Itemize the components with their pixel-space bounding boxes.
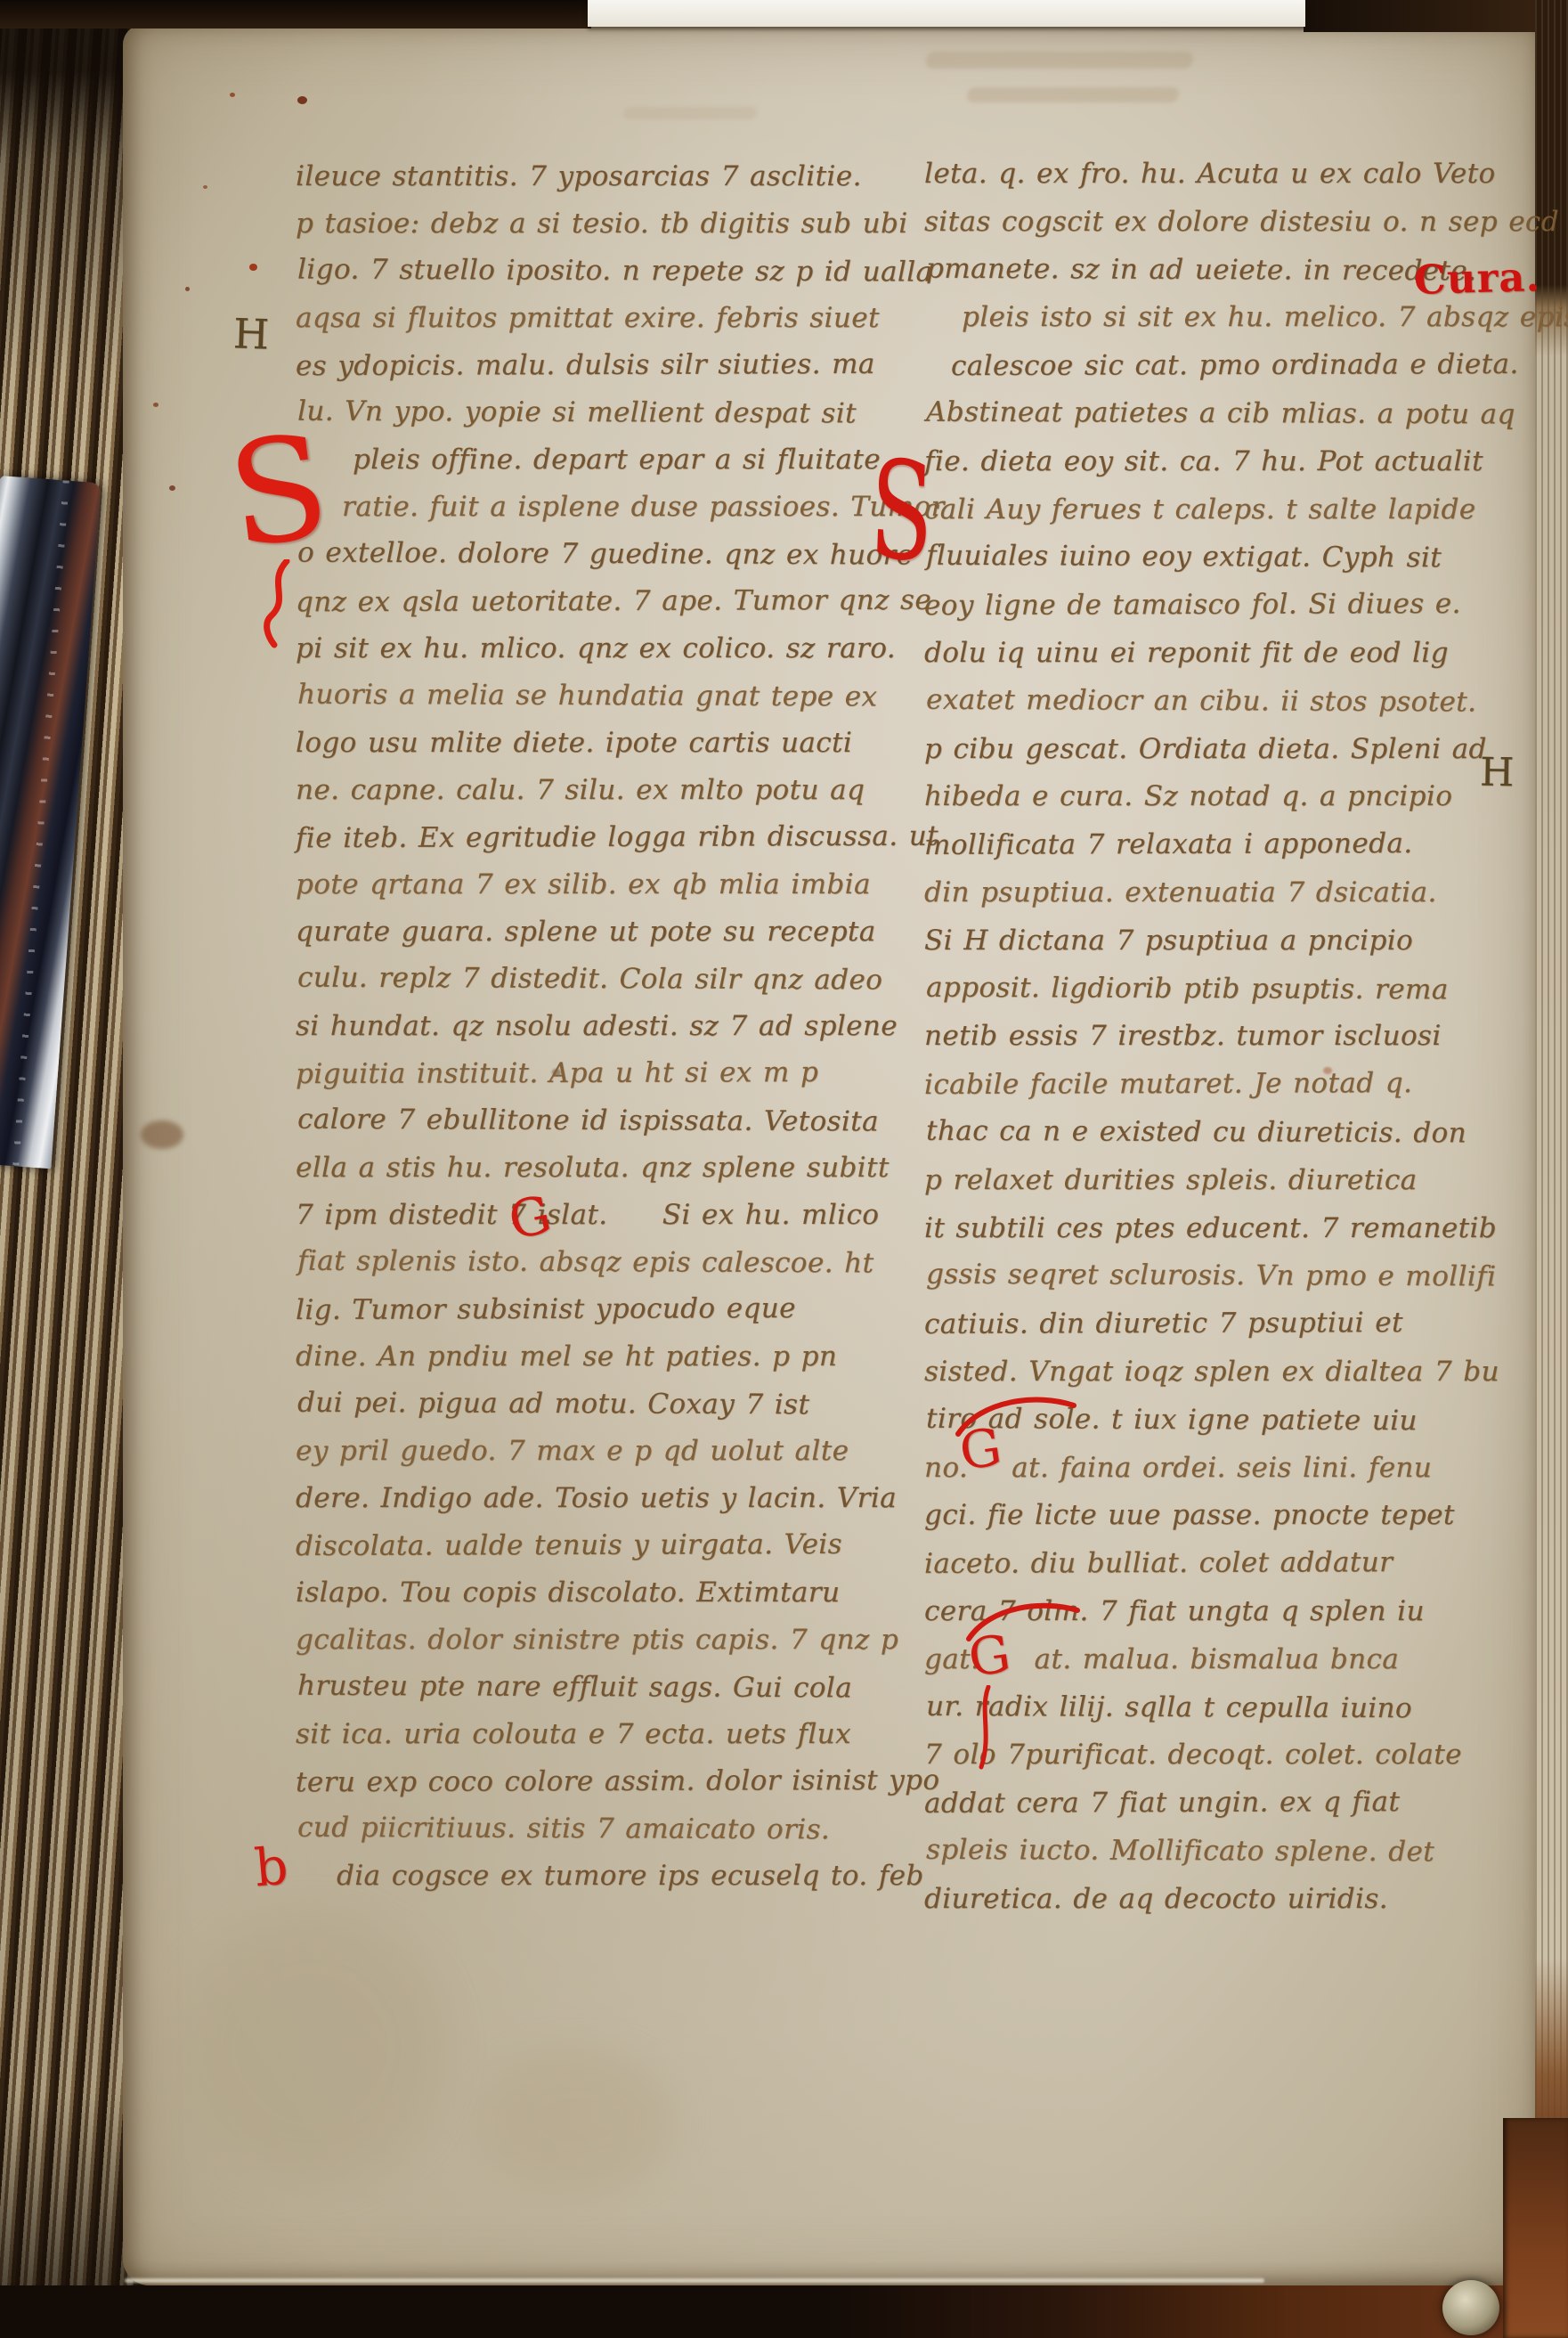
paraph-tail <box>976 1685 997 1771</box>
manuscript-photo: ileuce stantitis. 7 yposarcias 7 ascliti… <box>0 0 1568 2338</box>
text-line: lu. Vn ypo. yopie si mellient despat sit <box>297 398 857 428</box>
text-line: fluuiales iuino eoy extigat. Cyph sit <box>926 542 1442 573</box>
metal-boss <box>1442 2280 1499 2335</box>
text-line: gssis seqret sclurosis. Vn pmo e mollifi <box>926 1261 1496 1291</box>
ink-stain <box>230 93 235 97</box>
text-line: exatet mediocr an cibu. ii stos psotet. <box>926 686 1476 716</box>
text-line: piguitia instituit. Apa u ht si ex m p <box>296 1059 818 1088</box>
text-line: addat cera 7 fiat ungin. ex q fiat <box>924 1788 1400 1818</box>
text-line: fiat splenis isto. absqz epis calescoe. … <box>297 1248 874 1278</box>
text-line: islapo. Tou copis discolato. Extimtaru <box>296 1579 840 1607</box>
text-line: gci. fie licte uue passe. pnocte tepet <box>924 1502 1455 1529</box>
text-line: lig. Tumor subsinist ypocudo eque <box>296 1295 796 1324</box>
paraph-swash <box>965 1596 1081 1644</box>
text-line: pleis isto si sit ex hu. melico. 7 absqz… <box>962 304 1568 331</box>
initial-flourish <box>258 559 297 648</box>
text-line: Si H dictana 7 psuptiua a pncipio <box>924 927 1413 955</box>
leather-binding-corner <box>1503 2118 1568 2338</box>
text-line: hibeda e cura. Sz notad q. a pncipio <box>924 783 1452 811</box>
text-line: dine. An pndiu mel se ht paties. p pn <box>296 1343 837 1371</box>
text-line: catiuis. din diuretic 7 psuptiui et <box>924 1309 1403 1339</box>
text-line: Abstineat patietes a cib mlias. a potu a… <box>926 399 1515 429</box>
text-line: p cibu gescat. Ordiata dieta. Spleni ad <box>924 736 1487 763</box>
paraph-swash <box>955 1389 1079 1439</box>
text-line: pleis offine. depart epar a si fluitate <box>353 446 881 474</box>
text-line: ur. radix lilij. sqlla t cepulla iuino <box>926 1692 1412 1722</box>
text-line: din psuptiua. extenuatia 7 dsicatia. <box>924 879 1437 907</box>
text-line: thac ca n e existed cu diureticis. don <box>926 1118 1466 1148</box>
ink-stain <box>185 287 190 291</box>
text-line: ligo. 7 stuello iposito. n repete sz p i… <box>297 256 933 286</box>
text-line: spleis iucto. Mollificato splene. det <box>926 1837 1434 1866</box>
ink-stain <box>203 185 207 189</box>
text-line: qnz ex qsla uetoritate. 7 ape. Tumor qnz… <box>296 587 931 616</box>
text-line: gcalitas. dolor sinistre ptis capis. 7 q… <box>296 1626 898 1654</box>
text-line: dolu iq uinu ei reponit fit de eod lig <box>924 639 1449 667</box>
text-line: apposit. ligdiorib ptib psuptis. rema <box>926 973 1449 1004</box>
margin-letter-h-left: H <box>232 313 270 354</box>
text-line: fie. dieta eoy sit. ca. 7 hu. Pot actual… <box>924 448 1483 476</box>
text-line: si hundat. qz nsolu adesti. sz 7 ad sple… <box>296 1013 898 1040</box>
text-line: eoy ligne de tamaisco fol. Si diues e. <box>924 591 1461 620</box>
text-line: 7 olo 7purificat. decoqt. colet. colate <box>924 1741 1462 1769</box>
page-stack-right <box>1535 0 1568 2338</box>
text-line: calore 7 ebullitone id ispissata. Vetosi… <box>297 1106 879 1136</box>
text-line: discolata. ualde tenuis y uirgata. Veis <box>296 1531 842 1560</box>
text-line: it subtili ces ptes educent. 7 remanetib <box>924 1215 1497 1242</box>
page-edge-highlight <box>125 2278 1264 2283</box>
text-line: hrusteu pte nare effluit sags. Gui cola <box>297 1673 852 1703</box>
parchment-discoloration <box>178 1915 445 2182</box>
bleedthrough-text <box>966 87 1180 102</box>
ink-stain <box>169 485 175 491</box>
text-line: dia cogsce ex tumore ips ecuselq to. feb <box>337 1862 924 1890</box>
text-line: iaceto. diu bulliat. colet addatur <box>924 1549 1393 1578</box>
text-line: dere. Indigo ade. Tosio uetis y lacin. V… <box>296 1485 897 1512</box>
text-line: diuretica. de aq decocto uiridis. <box>924 1886 1388 1913</box>
binding-shadow-top <box>0 0 591 29</box>
text-line: qurate guara. splene ut pote su recepta <box>296 918 876 946</box>
margin-letter-h-right: H <box>1480 754 1515 794</box>
parchment-discoloration <box>481 2049 677 2191</box>
text-line: mollificata 7 relaxata i apponeda. <box>924 830 1413 859</box>
page-stack-left <box>0 0 134 2338</box>
text-line: o extelloe. dolore 7 guedine. qnz ex huo… <box>297 540 914 570</box>
text-line: logo usu mlite diete. ipote cartis uacti <box>296 729 852 757</box>
text-line: netib essis 7 irestbz. tumor iscluosi <box>924 1022 1442 1050</box>
text-line: sitas cogscit ex dolore distesiu o. n se… <box>924 208 1559 236</box>
text-line: calescoe sic cat. pmo ordinada e dieta. <box>951 351 1519 380</box>
text-line: huoris a melia se hundatia gnat tepe ex <box>297 681 877 712</box>
cura-heading: Cura. <box>1413 253 1540 304</box>
text-line: 7 ipm distedit 7 islat. Si ex hu. mlico <box>296 1202 879 1229</box>
text-line: pote qrtana 7 ex silib. ex qb mlia imbia <box>296 871 871 899</box>
red-initial-b: b <box>252 1836 290 1899</box>
text-line: pmanete. sz in ad ueiete. in recedete. <box>926 255 1476 285</box>
text-line: p tasioe: debz a si tesio. tb digitis su… <box>296 210 908 238</box>
ink-stain <box>297 96 307 104</box>
text-line: ella a stis hu. resoluta. qnz splene sub… <box>296 1154 890 1182</box>
text-line: fie iteb. Ex egritudie logga ribn discus… <box>296 823 938 853</box>
text-line: ne. capne. calu. 7 silu. ex mlto potu aq <box>296 777 865 804</box>
edge-stain <box>141 1120 183 1149</box>
text-line: teru exp coco colore assim. dolor isinis… <box>296 1767 940 1797</box>
text-line: es ydopicis. malu. dulsis silr siuties. … <box>296 351 875 380</box>
text-line: cud piicritiuus. sitis 7 amaicato oris. <box>297 1814 830 1845</box>
paper-slip <box>588 0 1305 27</box>
text-line: ileuce stantitis. 7 yposarcias 7 ascliti… <box>296 163 862 191</box>
red-initial-s-right: S <box>868 442 936 582</box>
binding-shadow-top-right <box>1304 0 1568 32</box>
text-line: leta. q. ex fro. hu. Acuta u ex calo Vet… <box>924 160 1496 188</box>
text-line: sisted. Vngat ioqz splen ex dialtea 7 bu <box>924 1358 1499 1386</box>
binding-shadow-bottom <box>0 2285 1568 2338</box>
text-line: icabile facile mutaret. Je notad q. <box>924 1070 1412 1099</box>
bleedthrough-text <box>925 52 1195 69</box>
red-initial-s-left: S <box>222 415 336 568</box>
text-line: culu. replz 7 distedit. Cola silr qnz ad… <box>297 965 882 995</box>
text-line: pi sit ex hu. mlico. qnz ex colico. sz r… <box>296 635 896 663</box>
ink-stain <box>249 264 257 271</box>
text-line: p relaxet durities spleis. diuretica <box>924 1167 1417 1194</box>
text-line: dui pei. pigua ad motu. Coxay 7 ist <box>297 1389 809 1420</box>
bleedthrough-text <box>622 107 758 119</box>
text-line: cali Auy ferues t caleps. t salte lapide <box>924 496 1475 524</box>
text-line: ey pril guedo. 7 max e p qd uolut alte <box>296 1438 849 1465</box>
ink-stain <box>153 403 158 407</box>
text-line: aqsa si fluitos pmittat exire. febris si… <box>296 305 880 332</box>
text-line: ratie. fuit a isplene duse passioes. Tum… <box>342 493 945 521</box>
text-line: sit ica. uria colouta e 7 ecta. uets flu… <box>296 1721 851 1748</box>
